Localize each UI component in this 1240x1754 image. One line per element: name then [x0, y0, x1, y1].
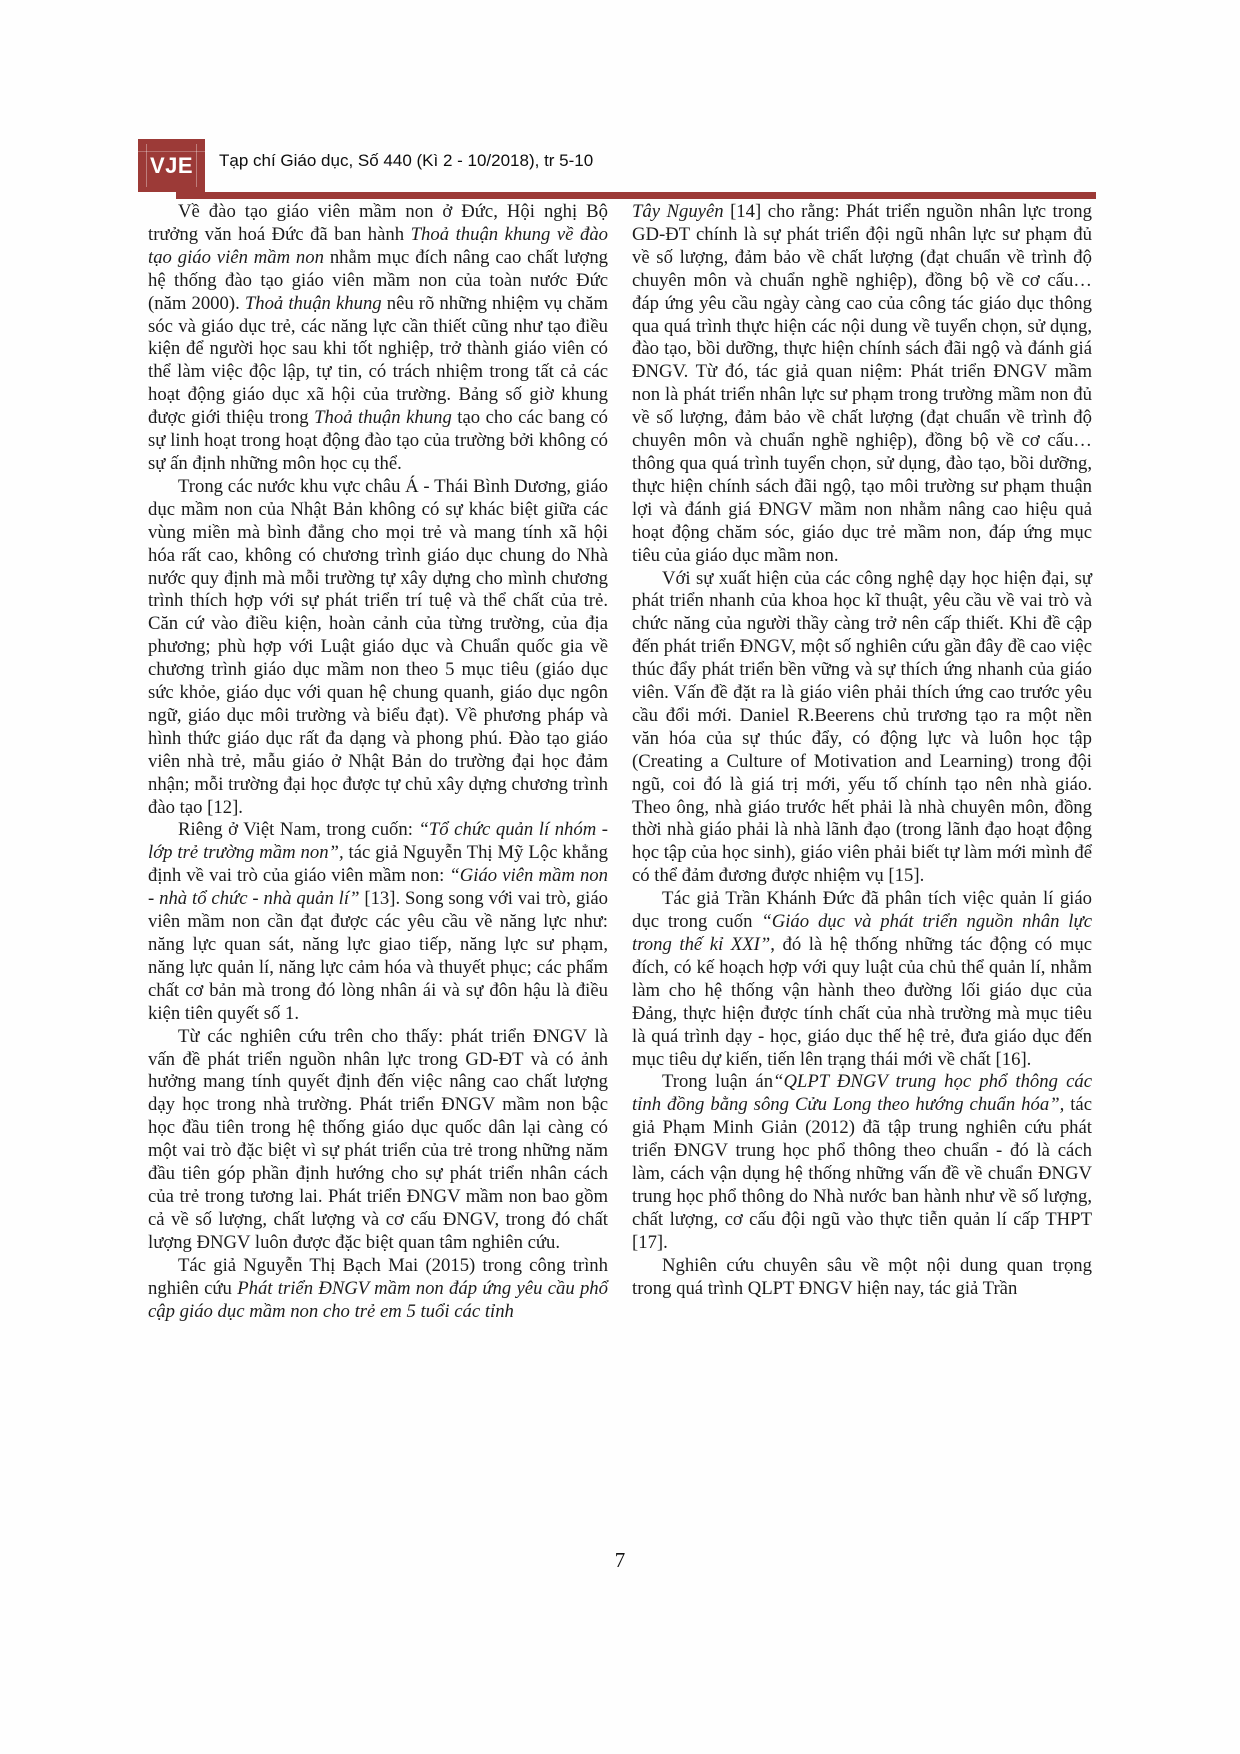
left-column: Về đào tạo giáo viên mầm non ở Đức, Hội …: [148, 201, 608, 1323]
paragraph: Từ các nghiên cứu trên cho thấy: phát tr…: [148, 1026, 608, 1255]
journal-page: VJE Tạp chí Giáo dục, Số 440 (Kì 2 - 10/…: [0, 0, 1240, 1754]
right-column: Tây Nguyên [14] cho rằng: Phát triển ngu…: [632, 201, 1092, 1323]
vje-logo: VJE: [138, 139, 205, 192]
paragraph: Nghiên cứu chuyên sâu về một nội dung qu…: [632, 1255, 1092, 1301]
paragraph: Tây Nguyên [14] cho rằng: Phát triển ngu…: [632, 201, 1092, 568]
paragraph: Trong các nước khu vực châu Á - Thái Bìn…: [148, 476, 608, 820]
paragraph: Trong luận án“QLPT ĐNGV trung học phổ th…: [632, 1071, 1092, 1254]
vje-logo-text: VJE: [138, 153, 205, 179]
paragraph: Về đào tạo giáo viên mầm non ở Đức, Hội …: [148, 201, 608, 476]
paragraph: Với sự xuất hiện của các công nghệ dạy h…: [632, 568, 1092, 889]
header-rule-divider: [176, 192, 1096, 199]
paragraph: Tác giả Trần Khánh Đức đã phân tích việc…: [632, 888, 1092, 1071]
journal-citation: Tạp chí Giáo dục, Số 440 (Kì 2 - 10/2018…: [219, 151, 593, 171]
paragraph: Tác giả Nguyễn Thị Bạch Mai (2015) trong…: [148, 1255, 608, 1324]
page-number: 7: [148, 1548, 1092, 1573]
article-body: Về đào tạo giáo viên mầm non ở Đức, Hội …: [148, 201, 1092, 1323]
paragraph: Riêng ở Việt Nam, trong cuốn: “Tổ chức q…: [148, 819, 608, 1025]
